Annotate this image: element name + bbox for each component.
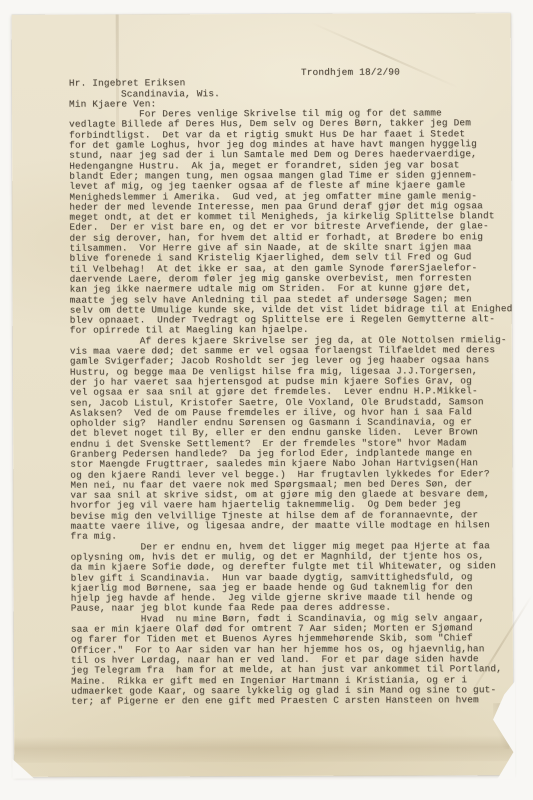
paper-tear-right-corner xyxy=(497,749,515,779)
paragraph-2: Af deres kjaere Skrivelse ser jeg da, at… xyxy=(70,335,501,542)
paper-fold-shading xyxy=(493,703,509,749)
paper-tear-bottom-left xyxy=(12,759,34,779)
paper-crease-bottom xyxy=(14,735,513,763)
paragraph-1: For Deres venlige Skrivelse til mig og f… xyxy=(69,108,500,336)
paragraph-4: Hvad nu mine Børn, født i Scandinavia, o… xyxy=(71,613,501,707)
paragraph-3: Der er endnu en, hvem det ligger mig meg… xyxy=(71,541,501,615)
letter-body: Trondhjem 18/2/90 Hr. Ingebret Eriksen S… xyxy=(69,67,501,707)
letter-page: Trondhjem 18/2/90 Hr. Ingebret Eriksen S… xyxy=(12,13,514,777)
